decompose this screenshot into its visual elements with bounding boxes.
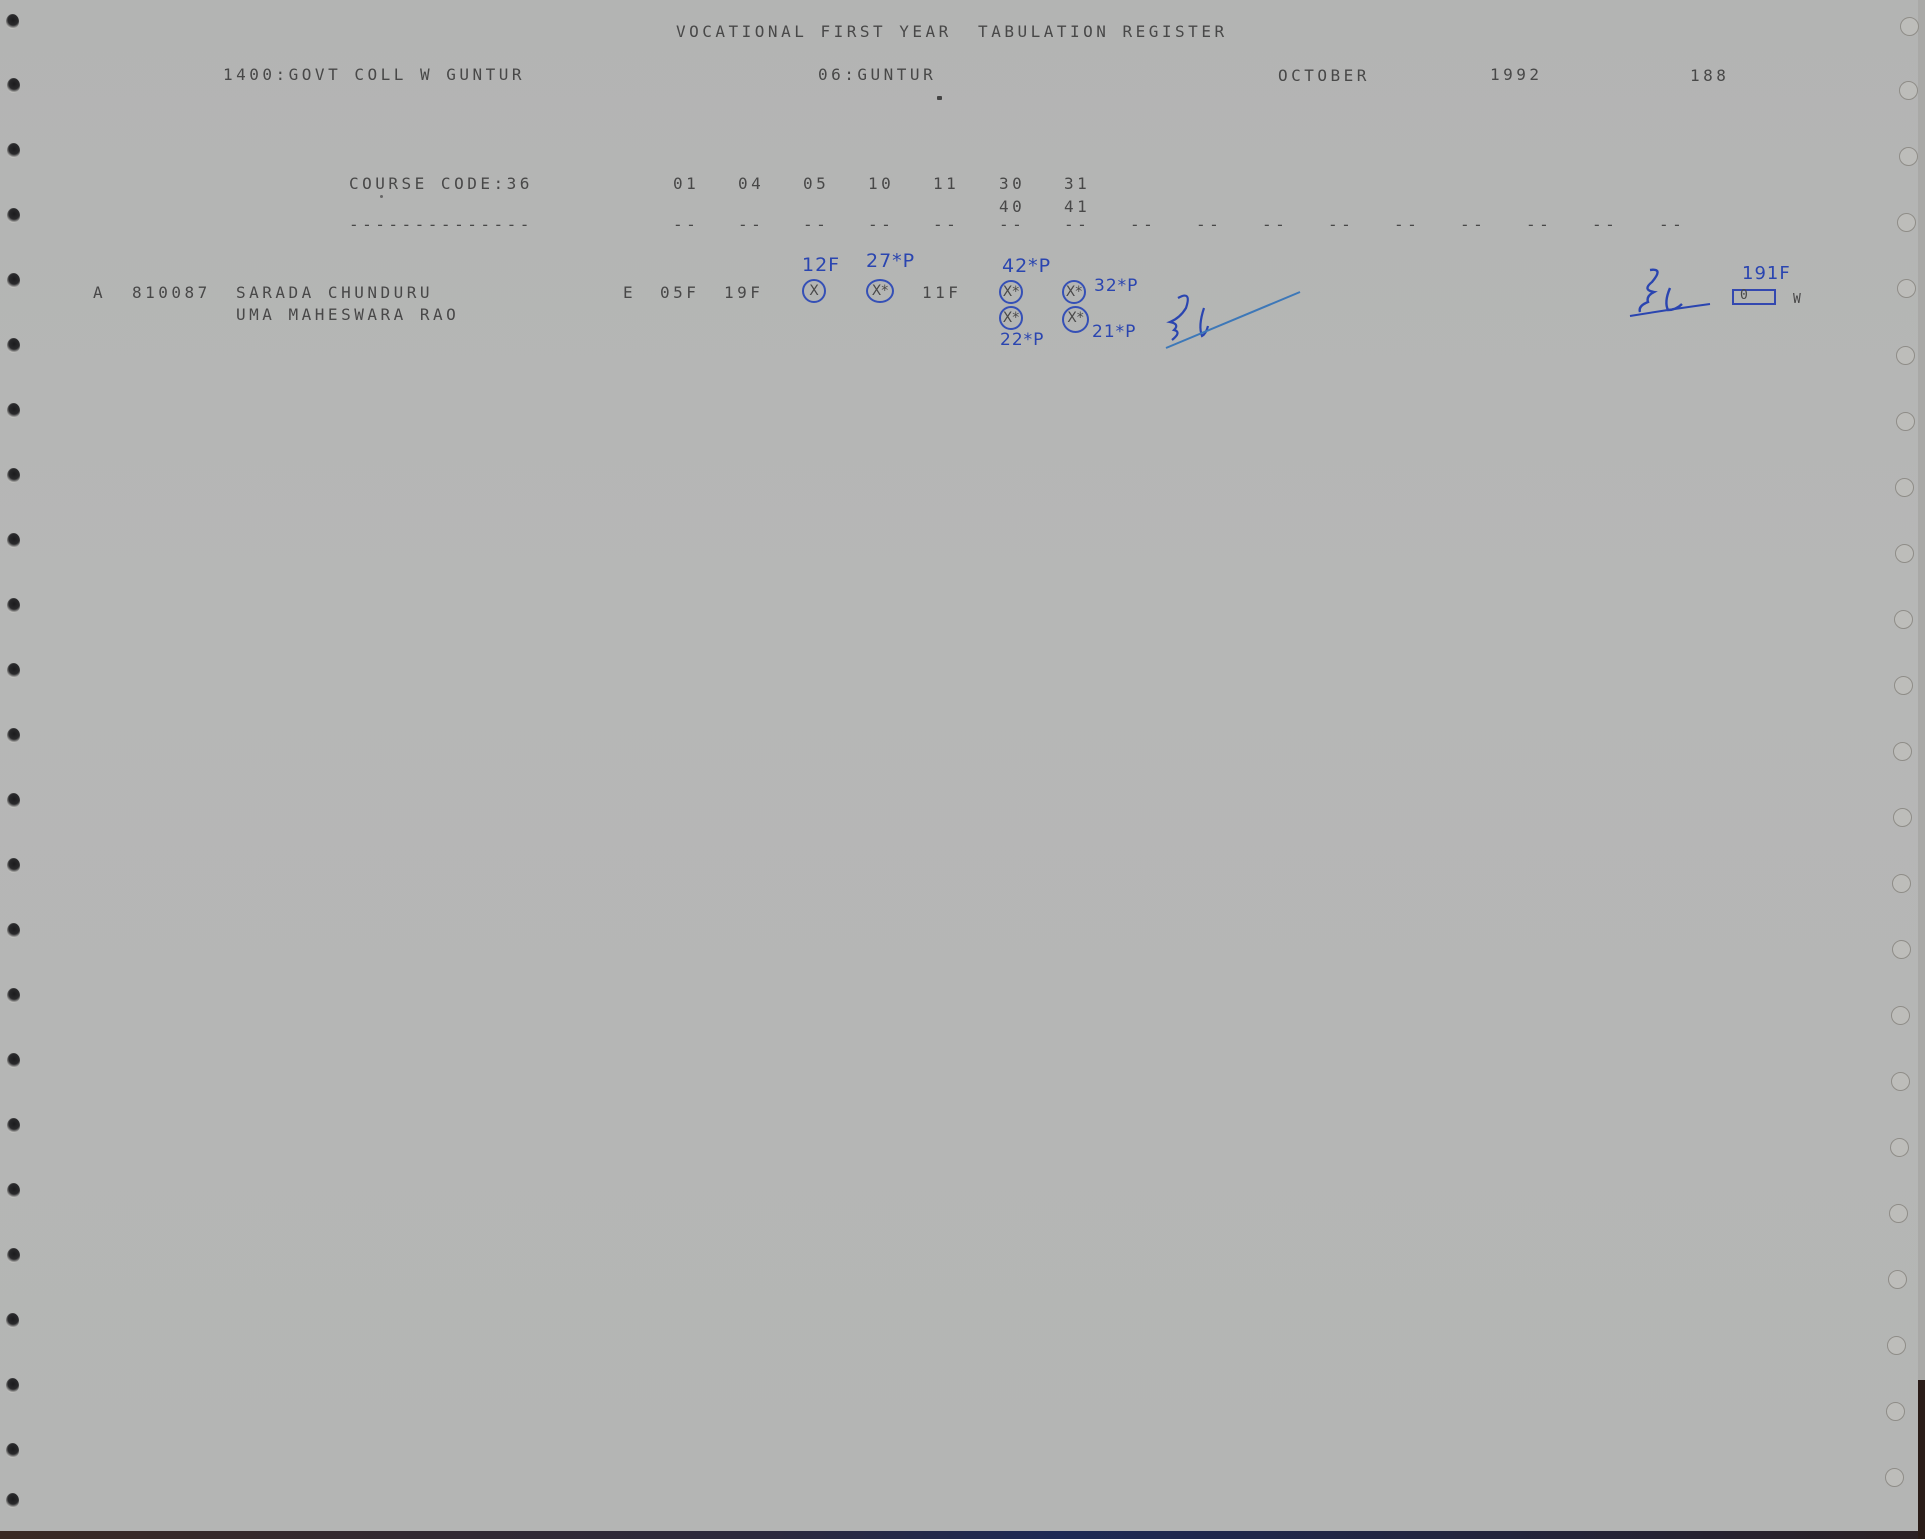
feed-hole-icon <box>7 338 20 353</box>
exam-year: 1992 <box>1490 65 1543 84</box>
ink-speck <box>937 96 942 100</box>
subject-code: 30 <box>999 174 1025 193</box>
exam-month: OCTOBER <box>1278 66 1370 85</box>
mark-subject-11: 11F <box>922 283 961 302</box>
dash-separator: -- <box>1526 215 1552 234</box>
tabulation-sheet: VOCATIONAL FIRST YEAR TABULATION REGISTE… <box>0 0 1918 1531</box>
mark-subject-01: 05F <box>660 283 699 302</box>
dash-separator: -- <box>1460 215 1486 234</box>
feed-hole-icon <box>1891 1006 1910 1025</box>
college-code: 1400:GOVT COLL W GUNTUR <box>223 65 525 84</box>
feed-hole-icon <box>7 858 20 873</box>
feed-hole-icon <box>7 273 20 288</box>
handwritten-mark-41: 21*P <box>1092 322 1136 342</box>
dash-separator: -- <box>1130 215 1156 234</box>
feed-hole-icon <box>7 403 20 418</box>
feed-hole-icon <box>6 1493 19 1508</box>
mark-subject-04: 19F <box>724 283 763 302</box>
district-code: 06:GUNTUR <box>818 65 936 84</box>
parent-name: UMA MAHESWARA RAO <box>236 305 459 324</box>
printed-total: 0 <box>1740 288 1748 303</box>
handwritten-total: 191F <box>1742 263 1791 284</box>
result-code: W <box>1793 292 1804 307</box>
subject-code: 40 <box>999 197 1025 216</box>
course-underline: -------------- <box>349 215 533 234</box>
feed-hole-icon <box>1894 610 1913 629</box>
dash-separator: -- <box>1659 215 1685 234</box>
feed-hole-icon <box>1892 874 1911 893</box>
feed-hole-icon <box>1899 81 1918 100</box>
table-edge-right <box>1918 1380 1925 1539</box>
feed-hole-icon <box>1893 808 1912 827</box>
feed-hole-icon <box>7 468 20 483</box>
feed-hole-icon <box>7 663 20 678</box>
handwritten-mark-40: 22*P <box>1000 330 1044 350</box>
feed-hole-icon <box>6 1313 19 1328</box>
mark-subject-41-circled: X* <box>1062 306 1089 333</box>
subject-code: 05 <box>803 174 829 193</box>
subject-code: 41 <box>1064 197 1090 216</box>
feed-hole-icon <box>7 1118 20 1133</box>
dash-separator: -- <box>738 215 764 234</box>
dash-separator: -- <box>1064 215 1090 234</box>
subject-code: 04 <box>738 174 764 193</box>
feed-hole-icon <box>6 1443 19 1458</box>
feed-hole-icon <box>1896 346 1915 365</box>
medium: E <box>623 283 636 302</box>
page-number: 188 <box>1690 66 1729 85</box>
feed-hole-icon <box>7 793 20 808</box>
mark-subject-30-circled: X* <box>999 280 1023 304</box>
feed-hole-icon <box>1889 1204 1908 1223</box>
feed-hole-icon <box>7 143 20 158</box>
subject-code: 31 <box>1064 174 1090 193</box>
handwritten-mark-10: 27*P <box>866 250 915 272</box>
feed-hole-icon <box>7 598 20 613</box>
dash-separator: -- <box>673 215 699 234</box>
feed-hole-icon <box>1895 544 1914 563</box>
feed-hole-icon <box>1897 279 1916 298</box>
feed-hole-icon <box>7 208 20 223</box>
report-title: VOCATIONAL FIRST YEAR TABULATION REGISTE… <box>676 22 1228 41</box>
total-box: 0 <box>1732 289 1776 305</box>
dash-separator: -- <box>1262 215 1288 234</box>
feed-hole-icon <box>7 923 20 938</box>
feed-hole-icon <box>1896 412 1915 431</box>
feed-hole-icon <box>7 1053 20 1068</box>
course-code-label: COURSE CODE:36 <box>349 174 533 193</box>
feed-hole-icon <box>7 1248 20 1263</box>
table-edge <box>0 1531 1925 1539</box>
dash-separator: -- <box>999 215 1025 234</box>
student-name: SARADA CHUNDURU <box>236 283 433 302</box>
mark-subject-05-circled: X <box>802 279 826 303</box>
handwritten-mark-05: 12F <box>802 254 840 276</box>
feed-hole-icon <box>6 14 19 29</box>
feed-hole-icon <box>7 78 20 93</box>
feed-hole-icon <box>1897 213 1916 232</box>
mark-subject-10-circled: X* <box>866 279 894 303</box>
dash-separator: -- <box>1592 215 1618 234</box>
feed-hole-icon <box>1900 17 1919 36</box>
subject-code: 10 <box>868 174 894 193</box>
initials-signature-2-icon <box>1626 266 1716 322</box>
feed-hole-icon <box>1885 1468 1904 1487</box>
subject-code: 01 <box>673 174 699 193</box>
initials-signature-icon <box>1158 286 1308 352</box>
ink-speck <box>380 195 383 198</box>
dash-separator: -- <box>933 215 959 234</box>
dash-separator: -- <box>1394 215 1420 234</box>
feed-hole-icon <box>1888 1270 1907 1289</box>
feed-hole-icon <box>1893 742 1912 761</box>
subject-code: 11 <box>933 174 959 193</box>
handwritten-mark-31: 32*P <box>1094 276 1138 296</box>
dash-separator: -- <box>1328 215 1354 234</box>
dash-separator: -- <box>868 215 894 234</box>
feed-hole-icon <box>1887 1336 1906 1355</box>
mark-subject-40-circled: X* <box>999 306 1023 330</box>
record-category: A <box>93 283 106 302</box>
feed-hole-icon <box>1895 478 1914 497</box>
feed-hole-icon <box>6 1378 19 1393</box>
feed-hole-icon <box>7 1183 20 1198</box>
feed-hole-icon <box>1892 940 1911 959</box>
feed-hole-icon <box>7 533 20 548</box>
dash-separator: -- <box>803 215 829 234</box>
feed-hole-icon <box>7 988 20 1003</box>
handwritten-mark-30: 42*P <box>1002 255 1051 277</box>
roll-number: 810087 <box>132 283 211 302</box>
feed-hole-icon <box>1890 1138 1909 1157</box>
mark-subject-31-circled: X* <box>1062 280 1086 304</box>
feed-hole-icon <box>1899 147 1918 166</box>
dash-separator: -- <box>1196 215 1222 234</box>
feed-hole-icon <box>7 728 20 743</box>
feed-hole-icon <box>1891 1072 1910 1091</box>
feed-hole-icon <box>1886 1402 1905 1421</box>
feed-hole-icon <box>1894 676 1913 695</box>
